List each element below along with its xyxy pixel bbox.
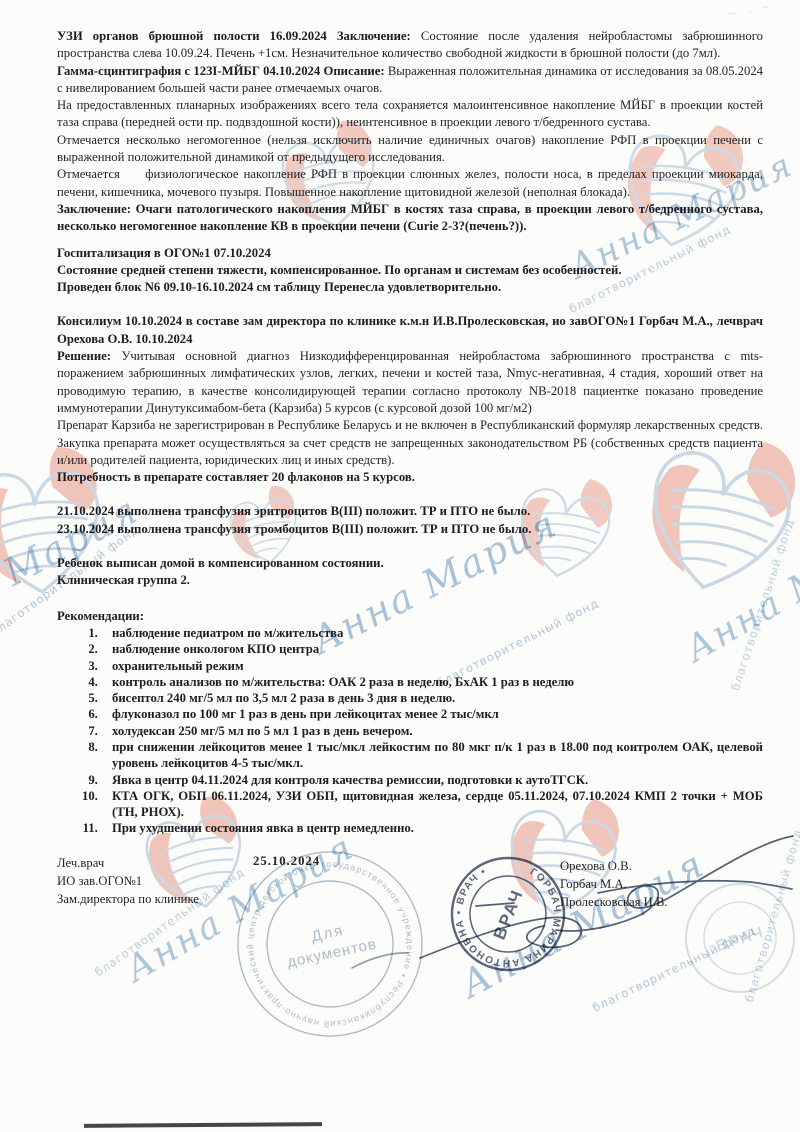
recommendation-item: контроль анализов по м/жительства: ОАК 2… xyxy=(101,674,763,690)
hospitalization-section: Госпитализация в ОГО№1 07.10.2024 Состоя… xyxy=(57,245,763,297)
stamp-center-line2: документов xyxy=(286,936,379,972)
stamp-center-line1: Для xyxy=(310,922,346,945)
consilium-header: Консилиум 10.10.2024 в составе зам дирек… xyxy=(57,314,763,345)
scintigraphy-section: Гамма-сцинтиграфия с 123I-МЙБГ 04.10.202… xyxy=(57,63,763,236)
conclusion-text: Очаги патологического накопления МЙБГ в … xyxy=(57,202,763,233)
role-acting-head: ИО зав.ОГО№1 xyxy=(57,872,199,890)
consilium-section: Консилиум 10.10.2024 в составе зам дирек… xyxy=(57,313,763,486)
name-orehova: Орехова О.В. xyxy=(560,857,668,875)
uzi-heading: УЗИ органов брюшной полости 16.09.2024 З… xyxy=(57,29,411,43)
recommendations-section: Рекомендации: наблюдение педиатром по м/… xyxy=(57,608,763,837)
hospitalization-line3: Проведен блок N6 09.10-16.10.2024 см таб… xyxy=(57,280,501,294)
recommendation-item: КТА ОГК, ОБП 06.11.2024, УЗИ ОБП, щитови… xyxy=(101,788,763,821)
scan-artifact-line xyxy=(84,1122,322,1128)
scinti-heading: Гамма-сцинтиграфия с 123I-МЙБГ 04.10.202… xyxy=(57,64,385,78)
scinti-conclusion: Заключение: Очаги патологического накопл… xyxy=(57,201,763,236)
scinti-p3: Отмечается несколько негомогенное (нельз… xyxy=(57,132,763,167)
recommendation-item: Явка в центр 04.11.2024 для контроля кач… xyxy=(101,772,763,788)
scinti-paragraph: Гамма-сцинтиграфия с 123I-МЙБГ 04.10.202… xyxy=(57,63,763,98)
conclusion-label: Заключение: xyxy=(57,202,131,216)
document-body: УЗИ органов брюшной полости 16.09.2024 З… xyxy=(57,28,763,837)
transfusions-section: 21.10.2024 выполнена трансфузия эритроци… xyxy=(57,503,763,538)
decision-text: Учитывая основной диагноз Низкодифференц… xyxy=(57,349,763,415)
consilium-need: Потребность в препарате составляет 20 фл… xyxy=(57,470,415,484)
discharge-section: Ребенок выписан домой в компенсированном… xyxy=(57,555,763,590)
recommendation-item: наблюдение онкологом КПО центра xyxy=(101,641,763,657)
scanned-document-page: ~ · ‾ Анна Мария благотворительный фонд … xyxy=(0,0,800,1132)
scinti-p4: Отмечается физиологическое накопление РФ… xyxy=(57,166,763,201)
hospitalization-line2: Состояние средней степени тяжести, компе… xyxy=(57,263,622,277)
signature-roles: Леч.врач ИО зав.ОГО№1 Зам.директора по к… xyxy=(57,854,199,908)
recommendation-item: флуконазол по 100 мг 1 раз в день при ле… xyxy=(101,706,763,722)
consilium-decision: Решение: Учитывая основной диагноз Низко… xyxy=(57,348,763,417)
role-deputy-director: Зам.директора по клинике xyxy=(57,890,199,908)
recommendation-item: при снижении лейкоцитов менее 1 тыс/мкл … xyxy=(101,739,763,772)
discharge-line2: Клиническая группа 2. xyxy=(57,573,190,587)
decision-label: Решение: xyxy=(57,349,111,363)
recommendation-item: При ухудшении состояния явка в центр нем… xyxy=(101,820,763,836)
recommendation-item: холудексан 250 мг/5 мл по 5 мл 1 раз в д… xyxy=(101,723,763,739)
recommendations-list: наблюдение педиатром по м/жительства наб… xyxy=(57,625,763,837)
signature-names: Орехова О.В. Горбач М.А. Пролесковская И… xyxy=(560,857,668,911)
pencil-corner-mark: ~ · ‾ xyxy=(727,5,772,22)
faint-stamp-center: ВРАЧ xyxy=(714,924,767,956)
role-attending: Леч.врач xyxy=(57,854,199,872)
uzi-paragraph: УЗИ органов брюшной полости 16.09.2024 З… xyxy=(57,28,763,63)
signature-block: Леч.врач ИО зав.ОГО№1 Зам.директора по к… xyxy=(57,854,763,924)
recommendations-title: Рекомендации: xyxy=(57,609,144,623)
recommendation-item: охранительный режим xyxy=(101,658,763,674)
hospitalization-line1: Госпитализация в ОГО№1 07.10.2024 xyxy=(57,246,271,260)
consilium-p2: Препарат Карзиба не зарегистрирован в Ре… xyxy=(57,417,763,469)
transfusion-line1: 21.10.2024 выполнена трансфузия эритроци… xyxy=(57,504,530,518)
watermark-subtitle: благотворительный фонд xyxy=(590,923,758,1014)
scinti-p2: На предоставленных планарных изображения… xyxy=(57,97,763,132)
recommendation-item: бисептол 240 мг/5 мл по 3,5 мл 2 раза в … xyxy=(101,690,763,706)
transfusion-line2: 23.10.2024 выполнена трансфузия тромбоци… xyxy=(57,522,531,536)
name-gorbach: Горбач М.А. xyxy=(560,875,668,893)
document-date: 25.10.2024 xyxy=(253,854,320,869)
name-proleskovskaya: Пролесковская И.В. xyxy=(560,893,668,911)
recommendation-item: наблюдение педиатром по м/жительства xyxy=(101,625,763,641)
discharge-line1: Ребенок выписан домой в компенсированном… xyxy=(57,556,384,570)
